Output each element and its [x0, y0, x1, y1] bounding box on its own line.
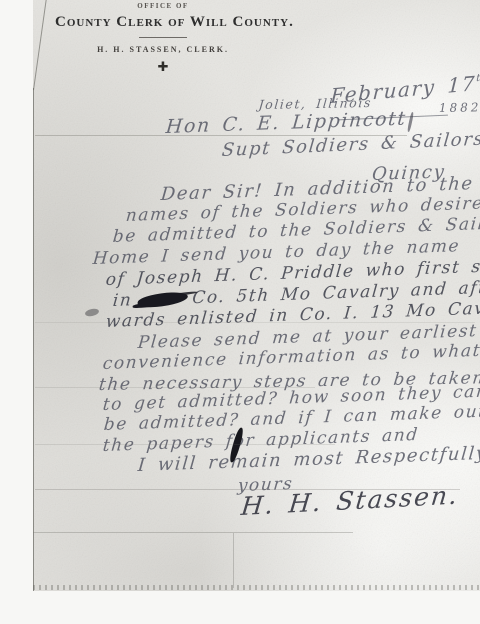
letterhead-clerk-line: H. H. STASSEN, CLERK. — [55, 45, 271, 54]
faint-ruled-line — [35, 489, 460, 490]
faint-ruled-line — [35, 135, 407, 136]
letterhead: OFFICE OF County Clerk of Will County. H… — [55, 2, 271, 75]
faint-ruled-line — [35, 444, 335, 445]
letterhead-office-line: OFFICE OF — [55, 2, 271, 10]
letterhead-title: County Clerk of Will County. — [55, 14, 271, 31]
stray-pen-mark — [407, 112, 414, 132]
body-line-pre-blot: in — [112, 290, 133, 311]
date-day-suffix: th — [476, 72, 480, 84]
screenshot: OFFICE OF County Clerk of Will County. H… — [0, 0, 480, 624]
cross-icon: ✚ — [55, 59, 271, 75]
faint-ruled-line — [35, 387, 315, 388]
page-corner-edge — [33, 0, 47, 90]
smudge-artifact — [84, 308, 99, 318]
faint-ruled-line — [35, 322, 475, 323]
scanned-letter-page: OFFICE OF County Clerk of Will County. H… — [33, 0, 480, 591]
paper-crease — [233, 533, 234, 588]
page-left-edge — [33, 88, 34, 591]
ink-blot — [137, 290, 187, 310]
date-year: 1882 — [439, 101, 480, 114]
faint-ruled-line — [33, 532, 353, 533]
letterhead-rule — [139, 37, 187, 38]
page-bottom-edge — [33, 585, 480, 590]
